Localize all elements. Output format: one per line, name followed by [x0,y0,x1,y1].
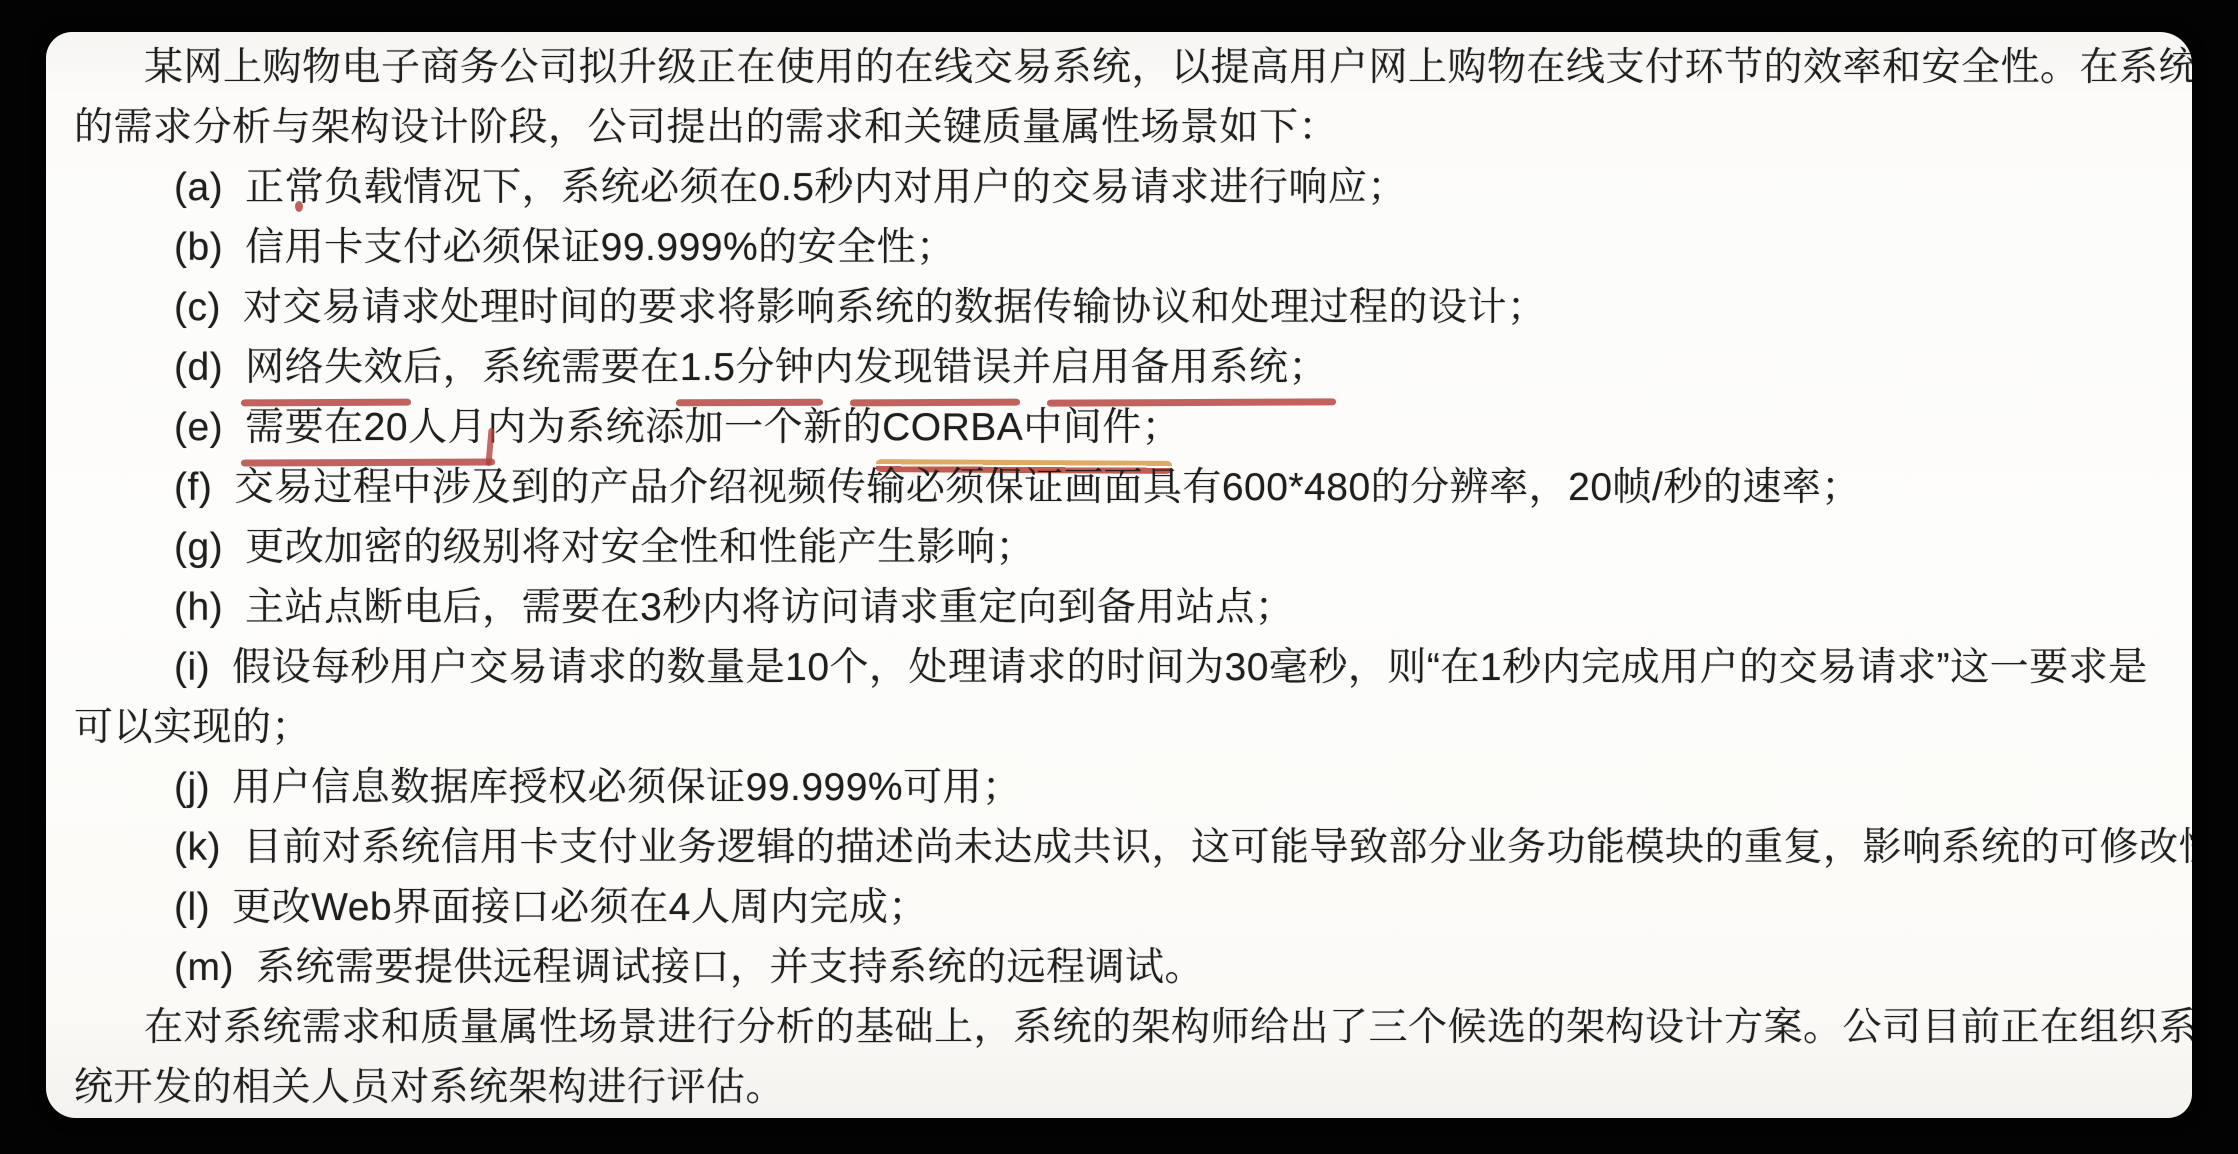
requirement-line: (e)需要在20人月内为系统添加一个新的CORBA中间件； [74,398,2168,458]
underlined-text: 1.5分钟 [680,338,815,398]
requirement-line: (b)信用卡支付必须保证99.999%的安全性； [74,218,2168,278]
text-segment: 的需求分析与架构设计阶段，公司提出的需求和关键质量属性场景如下： [74,106,1338,149]
document-body: 某网上购物电子商务公司拟升级正在使用的在线交易系统，以提高用户网上购物在线支付环… [74,38,2168,1118]
text-segment: 正常负载情况下，系统必须在0.5秒内对用户的交易请求进行响应； [245,166,1407,209]
text-segment: 更改加密的级别将对安全性和性能产生影响； [245,526,1035,569]
item-marker: (c) [174,286,221,329]
text-segment: 后，系统需要在 [403,346,680,389]
paragraph-line: 可以实现的； [74,698,2168,758]
requirement-line: (m)系统需要提供远程调试接口，并支持系统的远程调试。 [74,938,2168,998]
text-segment: 更改Web界面接口必须在4人周内完成； [232,886,928,929]
text-segment: 内为系统添加一个新的 [487,406,882,449]
item-marker: (l) [174,886,210,929]
underlined-text: 需要在20人月 [245,398,487,458]
text-segment: 统开发的相关人员对系统架构进行评估。 [74,1066,785,1109]
text-segment: 系统需要提供远程调试接口，并支持系统的远程调试。 [256,946,1204,989]
requirement-line: (h)主站点断电后，需要在3秒内将访问请求重定向到备用站点； [74,578,2168,638]
item-marker: (e) [174,406,223,449]
item-marker: (h) [174,586,223,629]
item-marker: (a) [174,166,223,209]
photo-background: 某网上购物电子商务公司拟升级正在使用的在线交易系统，以提高用户网上购物在线支付环… [0,0,2238,1154]
text-segment: 主站点断电后，需要在3秒内将访问请求重定向到备用站点； [245,586,1294,629]
text-segment: 目前对系统信用卡支付业务逻辑的描述尚未达成共识，这可能导致部分业务功能模块的重复… [243,826,2192,869]
requirement-line: (g)更改加密的级别将对安全性和性能产生影响； [74,518,2168,578]
text-segment: 并 [1012,346,1052,389]
item-marker: (i) [174,646,210,689]
item-marker: (b) [174,226,223,269]
document-card: 某网上购物电子商务公司拟升级正在使用的在线交易系统，以提高用户网上购物在线支付环… [46,32,2192,1118]
text-segment: 某网上购物电子商务公司拟升级正在使用的在线交易系统，以提高用户网上购物在线支付环… [144,46,2192,89]
text-segment: 对交易请求处理时间的要求将影响系统的数据传输协议和处理过程的设计； [243,286,1547,329]
text-segment: 在对系统需求和质量属性场景进行分析的基础上，系统的架构师给出了三个候选的架构设计… [144,1006,2192,1049]
text-segment: 假设每秒用户交易请求的数量是10个，处理请求的时间为30毫秒，则“在1秒内完成用… [232,646,2147,689]
requirement-line: (l)更改Web界面接口必须在4人周内完成； [74,878,2168,938]
text-segment: 内 [814,346,854,389]
item-marker: (f) [174,466,212,509]
paragraph-line: 在对系统需求和质量属性场景进行分析的基础上，系统的架构师给出了三个候选的架构设计… [74,998,2168,1058]
requirement-line: (a)正常负载情况下，系统必须在0.5秒内对用户的交易请求进行响应； [74,158,2168,218]
item-marker: (g) [174,526,223,569]
text-segment: 用户信息数据库授权必须保证99.999%可用； [232,766,1021,809]
requirement-line: (c)对交易请求处理时间的要求将影响系统的数据传输协议和处理过程的设计； [74,278,2168,338]
requirement-line: (j)用户信息数据库授权必须保证99.999%可用； [74,758,2168,818]
text-segment: 信用卡支付必须保证99.999%的安全性； [245,226,955,269]
underlined-text: 发现错误 [854,338,1012,398]
item-marker: (k) [174,826,221,869]
item-marker: (m) [174,946,234,989]
item-marker: (d) [174,346,223,389]
paragraph-line: 的需求分析与架构设计阶段，公司提出的需求和关键质量属性场景如下： [74,98,2168,158]
red-dot-annotation [295,201,303,212]
paragraph-line: 统开发的相关人员对系统架构进行评估。 [74,1058,2168,1118]
underlined-text: 网络失效 [245,338,403,398]
requirement-line: (i)假设每秒用户交易请求的数量是10个，处理请求的时间为30毫秒，则“在1秒内… [74,638,2168,698]
underlined-text: 启用备用系统； [1051,338,1328,398]
text-segment: ； [1142,406,1182,449]
requirement-line: (f)交易过程中涉及到的产品介绍视频传输必须保证画面具有600*480的分辨率，… [74,458,2168,518]
item-marker: (j) [174,766,210,809]
underlined-text: CORBA中间件 [882,398,1142,458]
requirement-line: (k)目前对系统信用卡支付业务逻辑的描述尚未达成共识，这可能导致部分业务功能模块… [74,818,2168,878]
paragraph-line: 某网上购物电子商务公司拟升级正在使用的在线交易系统，以提高用户网上购物在线支付环… [74,38,2168,98]
text-segment: 交易过程中涉及到的产品介绍视频传输必须保证画面具有600*480的分辨率，20帧… [234,466,1861,509]
requirement-line: (d)网络失效后，系统需要在1.5分钟内发现错误并启用备用系统； [74,338,2168,398]
text-segment: 可以实现的； [74,706,311,749]
